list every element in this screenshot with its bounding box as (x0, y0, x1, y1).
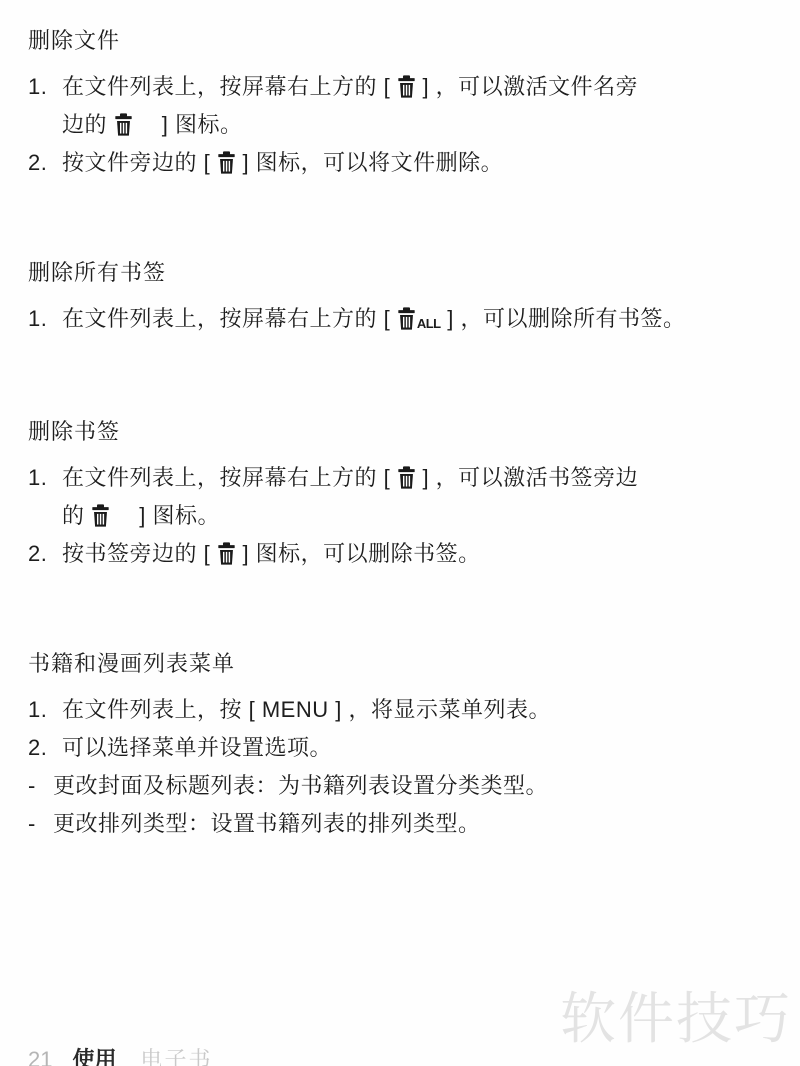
section-heading: 删除文件 (28, 28, 770, 54)
text-fragment: 更改排列类型：设置书籍列表的排列类型。 (53, 811, 481, 836)
numbered-list-item: 2.按文件旁边的 [ ] 图标，可以将文件删除。 (28, 144, 770, 182)
text-fragment: ] 图标。 (133, 112, 243, 137)
manual-page: 删除文件1.在文件列表上，按屏幕右上方的 [ ] ，可以激活文件名旁边的 ] 图… (0, 0, 800, 1066)
list-item-text: 在文件列表上，按屏幕右上方的 [ ] ，可以激活书签旁边的 ] 图标。 (62, 459, 638, 535)
text-fragment: 按书签旁边的 [ (62, 541, 217, 566)
section-3: 书籍和漫画列表菜单1.在文件列表上，按 [ MENU ] ，将显示菜单列表。2.… (28, 651, 770, 843)
trash-icon (91, 504, 110, 527)
text-fragment: ] 图标。 (110, 503, 220, 528)
list-marker: 2. (28, 729, 62, 767)
trash-icon (397, 466, 416, 489)
section-1: 删除所有书签1.在文件列表上，按屏幕右上方的 [ ALL ] ，可以删除所有书签… (28, 260, 770, 341)
text-fragment: 在文件列表上，按屏幕右上方的 [ (62, 306, 397, 331)
section-2: 删除书签1.在文件列表上，按屏幕右上方的 [ ] ，可以激活书签旁边的 ] 图标… (28, 419, 770, 573)
numbered-list-item: 1.在文件列表上，按屏幕右上方的 [ ALL ] ，可以删除所有书签。 (28, 300, 770, 341)
section-heading: 删除所有书签 (28, 260, 770, 286)
numbered-list-item: 1.在文件列表上，按 [ MENU ] ，将显示菜单列表。 (28, 691, 770, 729)
text-fragment: 可以选择菜单并设置选项。 (62, 735, 332, 760)
list-marker: 2. (28, 535, 62, 573)
numbered-list-item: 2.按书签旁边的 [ ] 图标，可以删除书签。 (28, 535, 770, 573)
text-fragment: ] ，可以激活文件名旁 (416, 74, 638, 99)
text-fragment: 更改封面及标题列表：为书籍列表设置分类类型。 (53, 773, 548, 798)
trash-icon (397, 75, 416, 98)
watermark: 软件技巧 (560, 975, 792, 1055)
text-fragment: 的 (62, 503, 91, 528)
list-marker: 2. (28, 144, 62, 182)
footer-page-number: 21 (28, 1047, 52, 1066)
text-fragment: 按文件旁边的 [ (62, 150, 217, 175)
dash-list-item: -更改排列类型：设置书籍列表的排列类型。 (28, 805, 770, 843)
numbered-list-item: 2.可以选择菜单并设置选项。 (28, 729, 770, 767)
text-fragment: ] ，可以激活书签旁边 (416, 465, 638, 490)
section-heading: 书籍和漫画列表菜单 (28, 651, 770, 677)
trash-all-icon: ALL (397, 300, 441, 341)
text-fragment: ] ，可以删除所有书签。 (441, 306, 686, 331)
footer-chapter-label: 使用 (72, 1047, 116, 1066)
trash-icon (217, 151, 236, 174)
text-fragment: ] 图标，可以将文件删除。 (236, 150, 503, 175)
trash-icon (397, 307, 416, 330)
trash-icon (217, 542, 236, 565)
text-fragment: 在文件列表上，按 [ MENU ] ，将显示菜单列表。 (62, 697, 551, 722)
list-item-text: 在文件列表上，按屏幕右上方的 [ ] ，可以激活文件名旁边的 ] 图标。 (62, 68, 638, 144)
all-label: ALL (417, 316, 441, 331)
list-marker: 1. (28, 459, 62, 497)
list-item-text: 可以选择菜单并设置选项。 (62, 729, 332, 767)
numbered-list-item: 1.在文件列表上，按屏幕右上方的 [ ] ，可以激活文件名旁边的 ] 图标。 (28, 68, 770, 144)
list-item-text: 更改排列类型：设置书籍列表的排列类型。 (53, 805, 481, 843)
list-item-text: 更改封面及标题列表：为书籍列表设置分类类型。 (53, 767, 548, 805)
section-heading: 删除书签 (28, 419, 770, 445)
section-0: 删除文件1.在文件列表上，按屏幕右上方的 [ ] ，可以激活文件名旁边的 ] 图… (28, 28, 770, 182)
list-item-text: 按书签旁边的 [ ] 图标，可以删除书签。 (62, 535, 481, 573)
list-item-text: 在文件列表上，按 [ MENU ] ，将显示菜单列表。 (62, 691, 551, 729)
text-fragment: 在文件列表上，按屏幕右上方的 [ (62, 74, 397, 99)
list-marker: - (28, 767, 53, 805)
list-marker: 1. (28, 300, 62, 338)
text-fragment: 在文件列表上，按屏幕右上方的 [ (62, 465, 397, 490)
text-fragment: ] 图标，可以删除书签。 (236, 541, 481, 566)
numbered-list-item: 1.在文件列表上，按屏幕右上方的 [ ] ，可以激活书签旁边的 ] 图标。 (28, 459, 770, 535)
document-body: 删除文件1.在文件列表上，按屏幕右上方的 [ ] ，可以激活文件名旁边的 ] 图… (28, 28, 770, 921)
dash-list-item: -更改封面及标题列表：为书籍列表设置分类类型。 (28, 767, 770, 805)
list-item-text: 在文件列表上，按屏幕右上方的 [ ALL ] ，可以删除所有书签。 (62, 300, 685, 341)
list-item-text: 按文件旁边的 [ ] 图标，可以将文件删除。 (62, 144, 503, 182)
footer-chapter-continuation: 电子书 (141, 1047, 213, 1066)
page-footer: 21使用电子书 (28, 1048, 213, 1066)
text-fragment: 边的 (62, 112, 114, 137)
list-marker: 1. (28, 691, 62, 729)
trash-icon (114, 113, 133, 136)
list-marker: - (28, 805, 53, 843)
list-marker: 1. (28, 68, 62, 106)
